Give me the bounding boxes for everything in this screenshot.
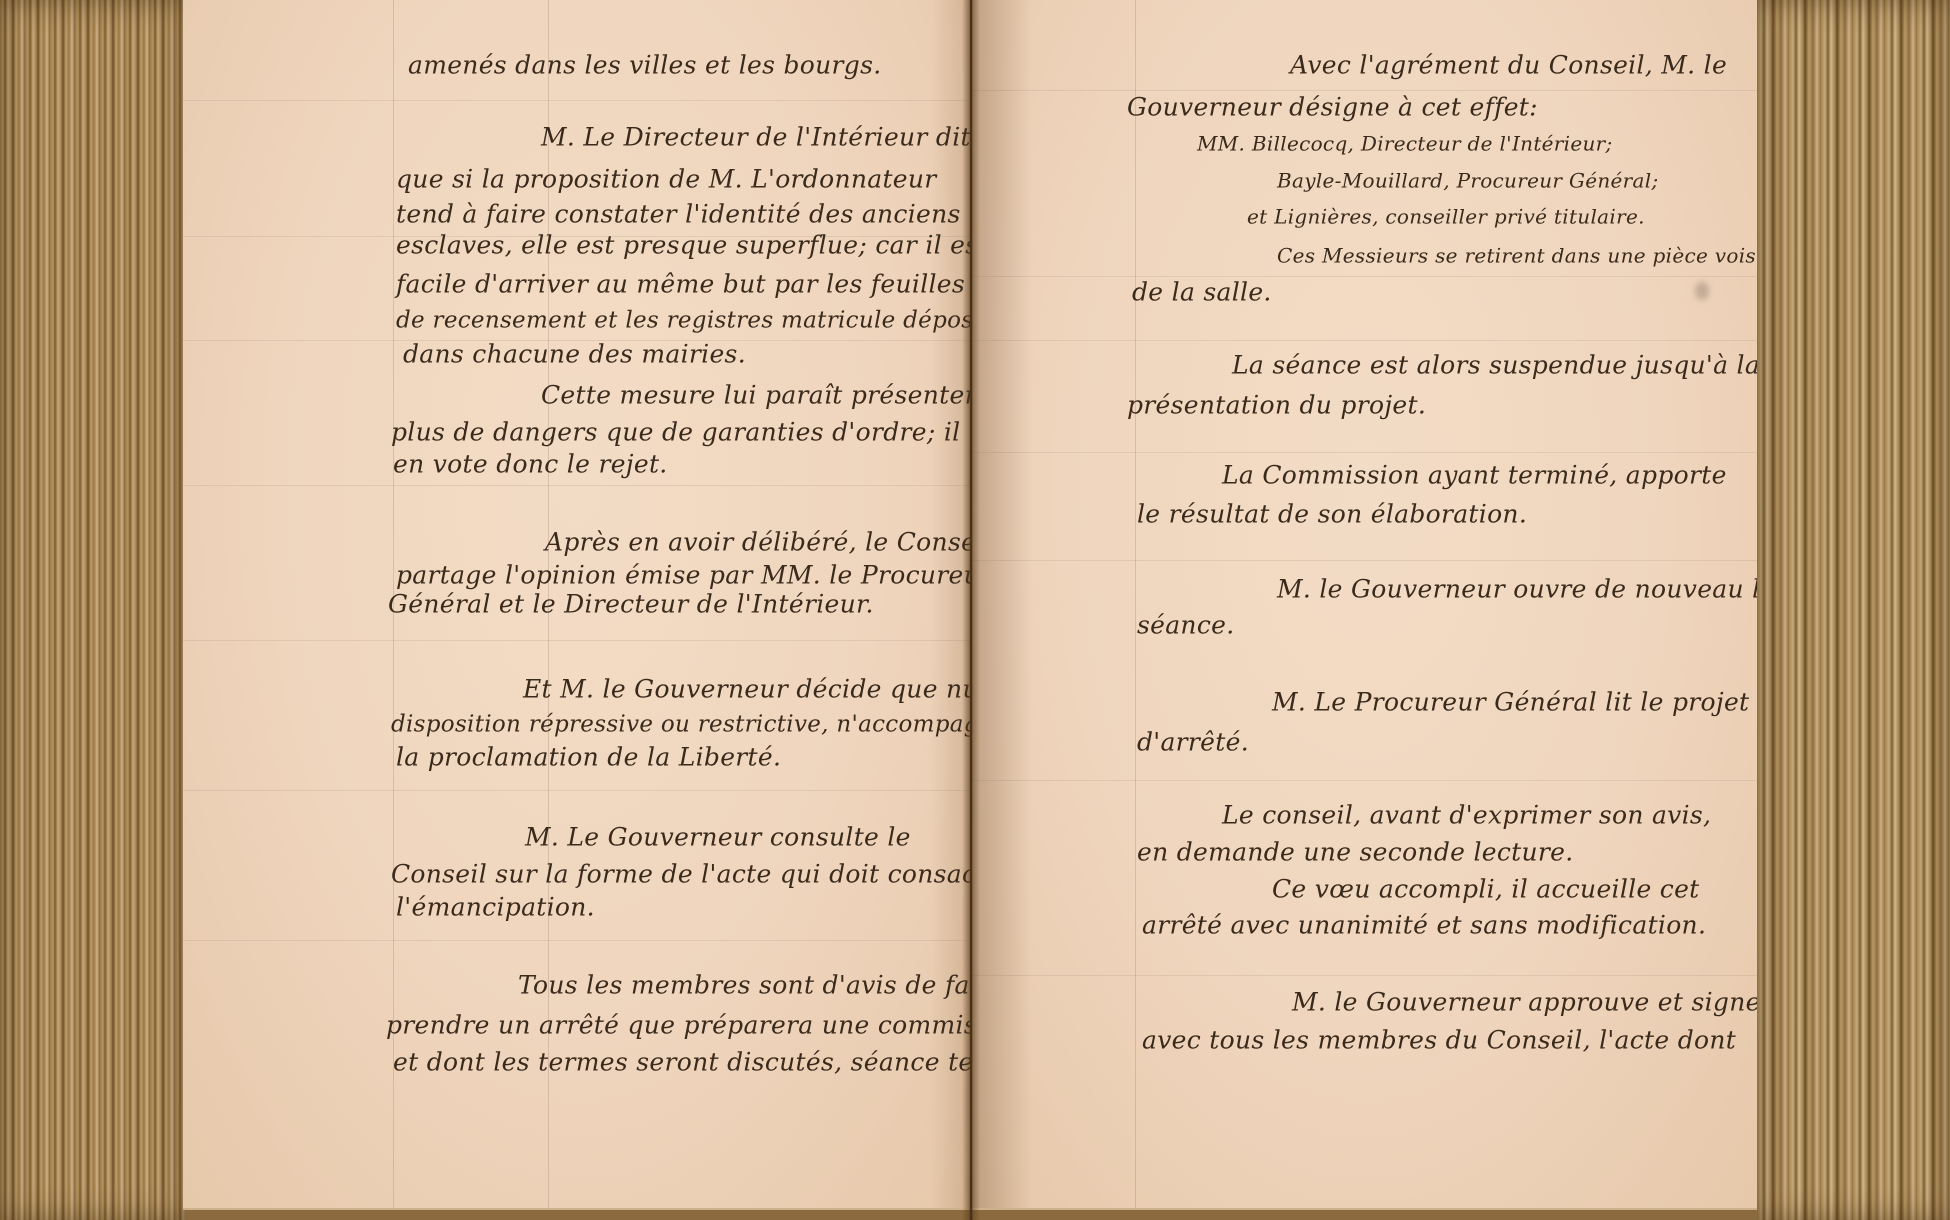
ruled-line: [183, 640, 970, 641]
text-line: l'émancipation.: [396, 892, 595, 921]
text-line: Conseil sur la forme de l'acte qui doit …: [391, 859, 970, 888]
text-line: Ce vœu accompli, il accueille cet: [1272, 874, 1700, 903]
ruled-line: [972, 560, 1757, 561]
text-line: La Commission ayant terminé, apporte: [1222, 460, 1727, 489]
ruled-line: [972, 452, 1757, 453]
ruled-line: [972, 276, 1757, 277]
text-line: en vote donc le rejet.: [393, 449, 668, 478]
text-line: partage l'opinion émise par MM. le Procu…: [396, 560, 970, 589]
text-line: Après en avoir délibéré, le Conseil: [545, 527, 970, 556]
text-line: M. Le Directeur de l'Intérieur dit: [541, 122, 970, 151]
ruled-line: [972, 780, 1757, 781]
text-line: esclaves, elle est presque superflue; ca…: [396, 230, 970, 259]
ruled-line: [972, 90, 1757, 91]
text-line: Tous les membres sont d'avis de faire: [518, 970, 970, 999]
text-line: tend à faire constater l'identité des an…: [396, 199, 961, 228]
text-line: M. le Gouverneur ouvre de nouveau la: [1277, 574, 1757, 603]
text-line: présentation du projet.: [1127, 390, 1426, 419]
text-line: disposition répressive ou restrictive, n…: [391, 712, 970, 738]
text-line: Le conseil, avant d'exprimer son avis,: [1222, 800, 1711, 829]
margin-rule: [1135, 0, 1136, 1208]
ruled-line: [972, 975, 1757, 976]
text-line: amenés dans les villes et les bourgs.: [408, 50, 881, 79]
page-shadow: [972, 0, 1032, 1208]
ruled-line: [183, 485, 970, 486]
right-page: Avec l'agrément du Conseil, M. le Gouver…: [972, 0, 1757, 1210]
text-line: La séance est alors suspendue jusqu'à la: [1232, 350, 1757, 379]
text-line: le résultat de son élaboration.: [1137, 499, 1527, 528]
text-line: et dont les termes seront discutés, séan…: [393, 1047, 970, 1076]
text-line: M. Le Procureur Général lit le projet: [1272, 687, 1749, 716]
text-line: que si la proposition de M. L'ordonnateu…: [396, 164, 937, 193]
text-line: la proclamation de la Liberté.: [396, 742, 781, 771]
text-line: facile d'arriver au même but par les feu…: [396, 269, 965, 298]
ruled-line: [972, 340, 1757, 341]
text-line: Et M. le Gouverneur décide que nulle: [523, 674, 970, 703]
text-line: dans chacune des mairies.: [403, 339, 746, 368]
text-line: prendre un arrêté que préparera une comm…: [386, 1010, 970, 1039]
book-spine-gutter: [962, 0, 980, 1220]
text-line: séance.: [1137, 610, 1234, 639]
text-line: M. Le Gouverneur consulte le: [525, 822, 911, 851]
ink-stain: [1695, 282, 1709, 300]
left-page: amenés dans les villes et les bourgs. M.…: [183, 0, 970, 1210]
text-line: plus de dangers que de garanties d'ordre…: [391, 417, 960, 446]
text-line: Ces Messieurs se retirent dans une pièce…: [1277, 243, 1757, 267]
text-line: de recensement et les registres matricul…: [396, 308, 970, 334]
ruled-line: [183, 100, 970, 101]
text-line: Général et le Directeur de l'Intérieur.: [388, 589, 874, 618]
text-line: Cette mesure lui paraît présenter: [541, 380, 970, 409]
text-line: MM. Billecocq, Directeur de l'Intérieur;: [1197, 131, 1613, 155]
text-line: d'arrêté.: [1137, 727, 1249, 756]
text-line: Gouverneur désigne à cet effet:: [1127, 92, 1538, 121]
text-line: arrêté avec unanimité et sans modificati…: [1142, 910, 1706, 939]
text-line: avec tous les membres du Conseil, l'acte…: [1142, 1025, 1736, 1054]
text-line: Bayle-Mouillard, Procureur Général;: [1277, 168, 1659, 192]
text-line: en demande une seconde lecture.: [1137, 837, 1574, 866]
text-line: Avec l'agrément du Conseil, M. le: [1290, 50, 1727, 79]
ruled-line: [183, 940, 970, 941]
right-page-edges: [1757, 0, 1950, 1220]
ruled-line: [183, 790, 970, 791]
text-line: et Lignières, conseiller privé titulaire…: [1247, 204, 1645, 228]
text-line: de la salle.: [1132, 277, 1272, 306]
left-page-edges: [0, 0, 185, 1220]
text-line: M. le Gouverneur approuve et signe: [1292, 987, 1757, 1016]
